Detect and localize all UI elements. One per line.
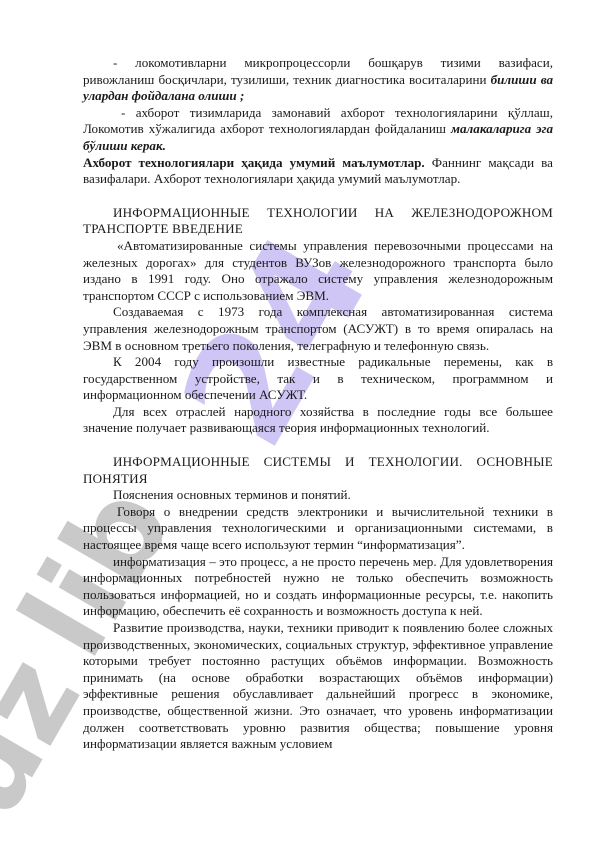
paragraph-2004-changes: К 2004 году произошли известные радикаль…	[83, 354, 553, 404]
paragraph-asuzht-1973: Создаваемая с 1973 года комплексная авто…	[83, 304, 553, 354]
document-page: uz lib 24 - локомотивларни микропроцессо…	[0, 0, 596, 842]
paragraph-informatization-process: информатизация – это процесс, а не прост…	[83, 554, 553, 620]
paragraph-locomotive-systems: - локомотивларни микропроцессорли бошқар…	[83, 55, 553, 105]
document-body: - локомотивларни микропроцессорли бошқар…	[83, 55, 553, 753]
heading-railway-it: ИНФОРМАЦИОННЫЕ ТЕХНОЛОГИИ НА ЖЕЛЕЗНОДОРО…	[83, 205, 553, 238]
heading-info-systems-concepts: ИНФОРМАЦИОННЫЕ СИСТЕМЫ И ТЕХНОЛОГИИ. ОСН…	[83, 454, 553, 487]
paragraph-development: Развитие производства, науки, техники пр…	[83, 620, 553, 753]
paragraph-1991-edition: «Автоматизированные системы управления п…	[83, 238, 553, 304]
paragraph-info-systems: - ахборот тизимларида замонавий ахборот …	[83, 105, 553, 155]
paragraph-it-theory: Для всех отраслей народного хозяйства в …	[83, 404, 553, 437]
paragraph-informatization-term: Говоря о внедрении средств электроники и…	[83, 504, 553, 554]
paragraph-terms-explanation: Пояснения основных терминов и понятий.	[83, 487, 553, 504]
section-title-bold: Ахборот технологиялари ҳақида умумий маъ…	[83, 155, 425, 170]
paragraph-general-info: Ахборот технологиялари ҳақида умумий маъ…	[83, 155, 553, 188]
